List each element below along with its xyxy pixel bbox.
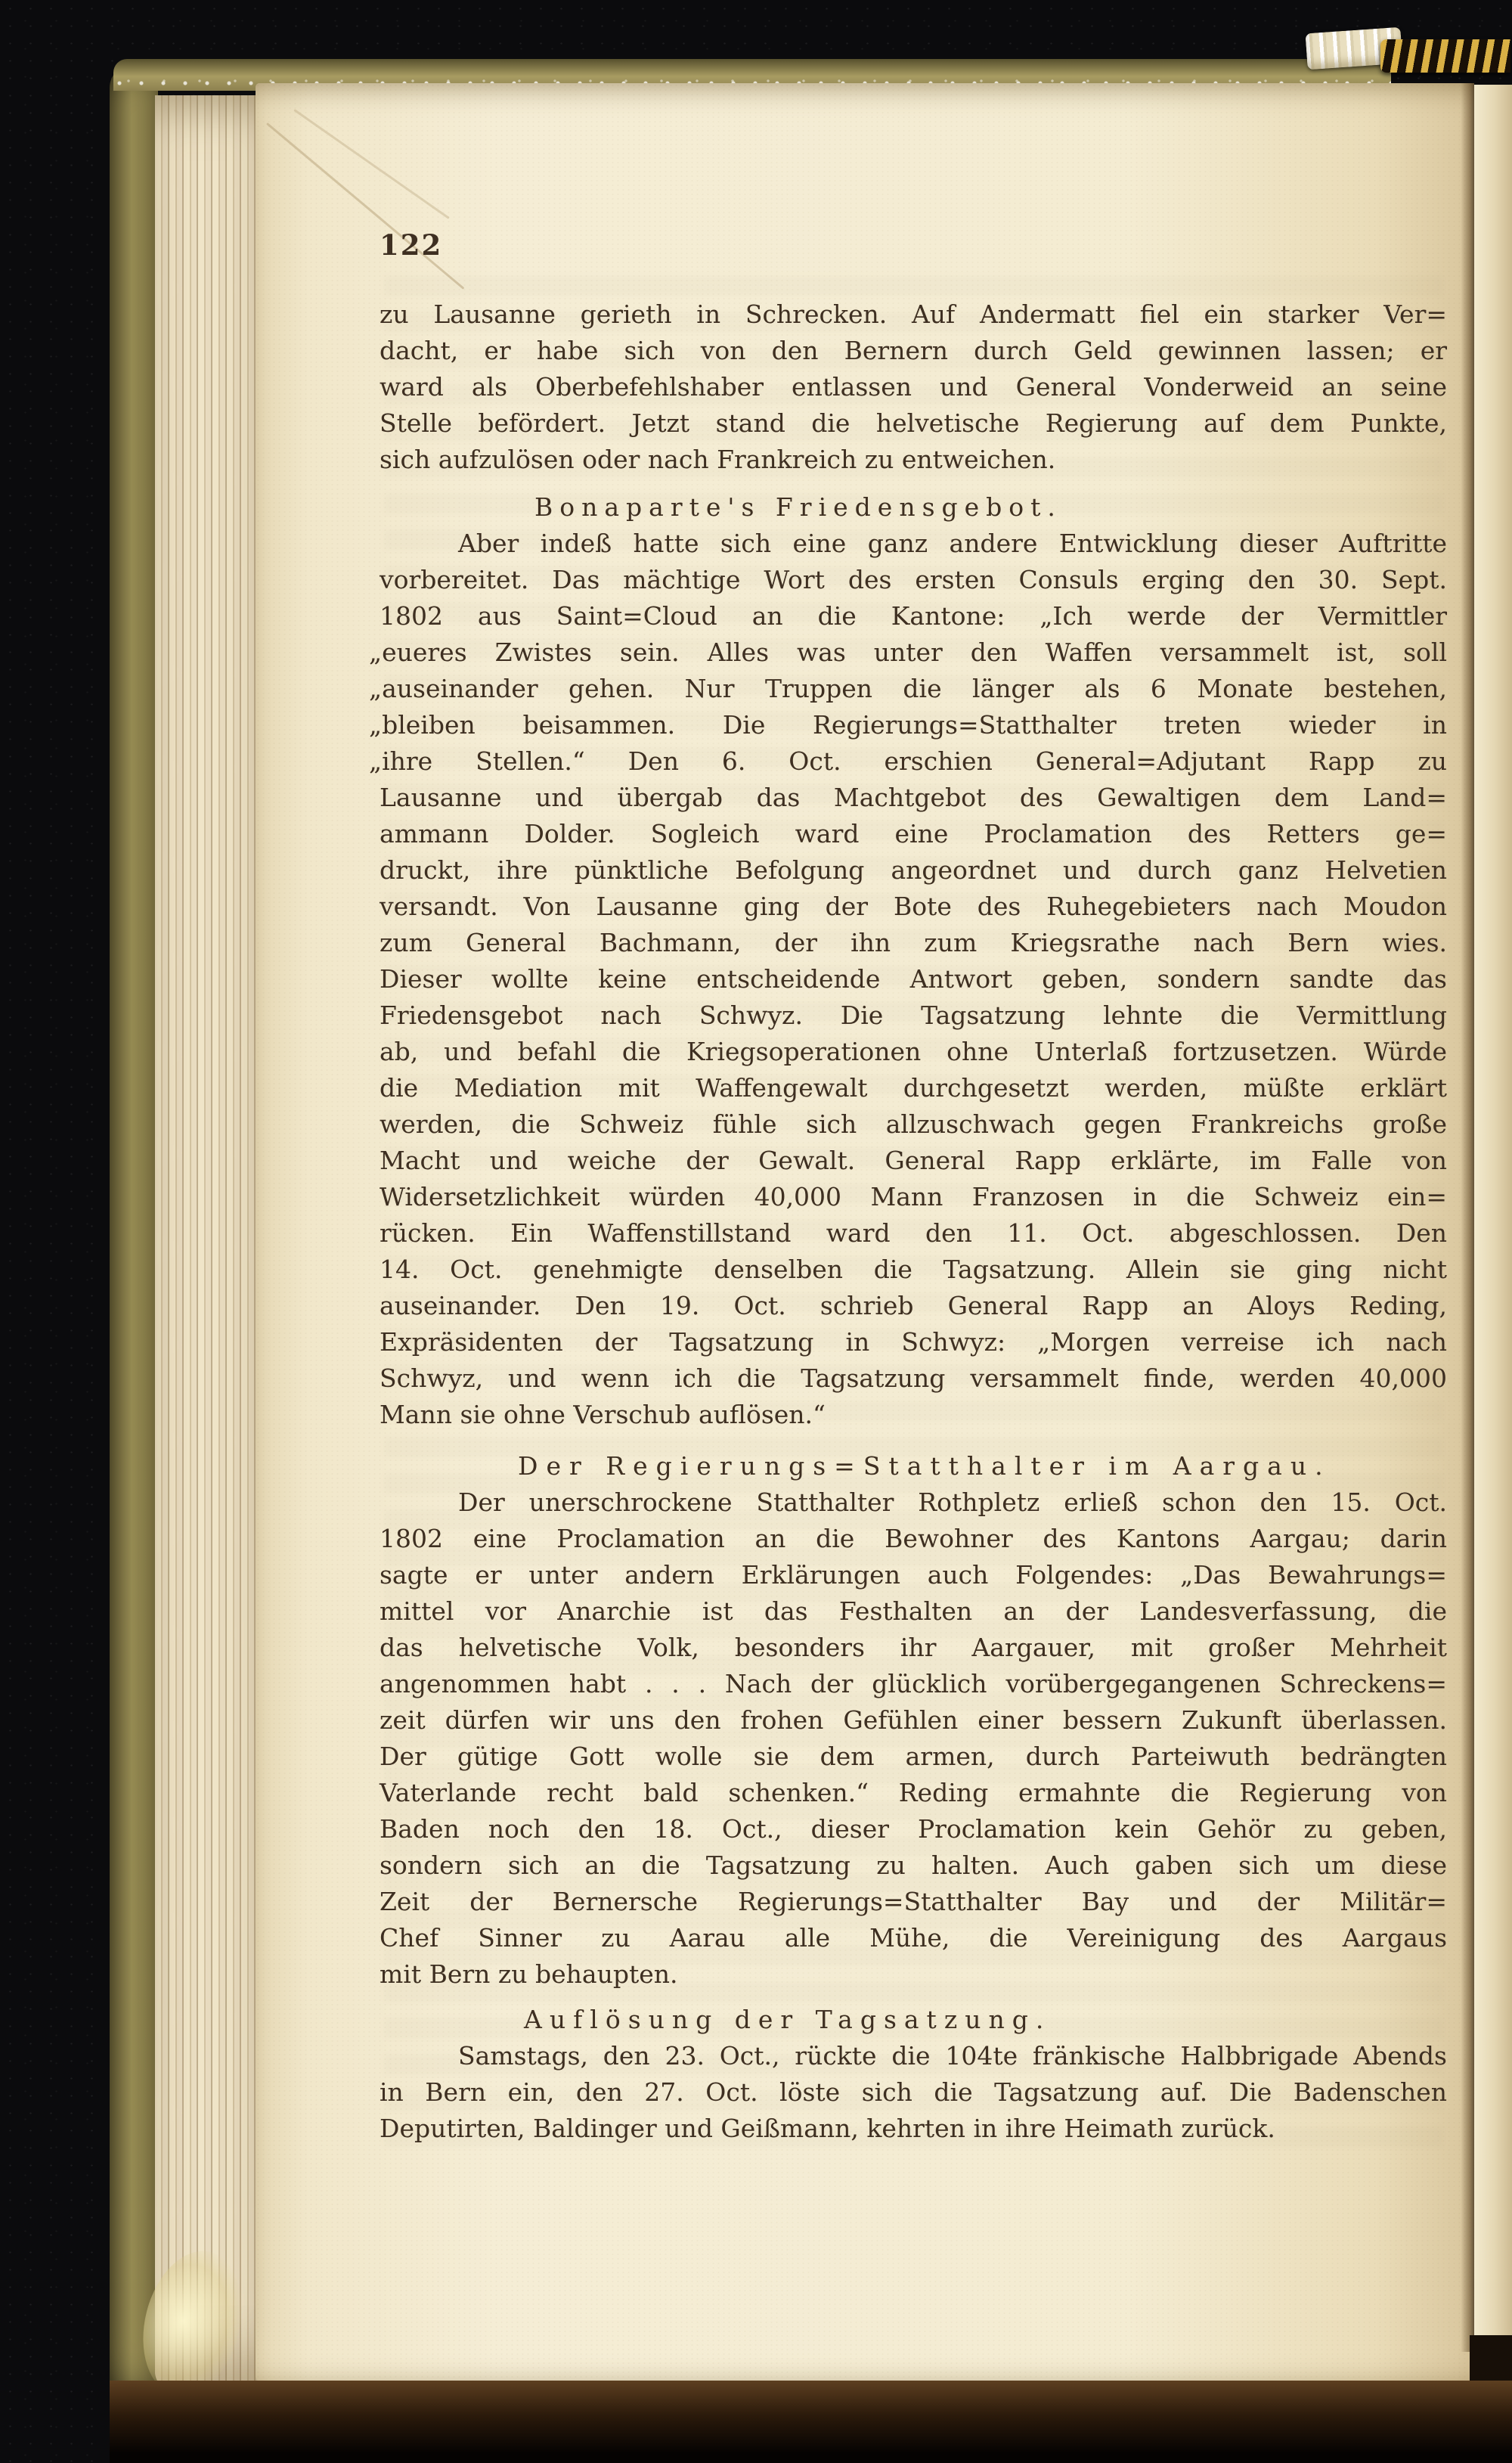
text-line: Vaterlande recht bald schenken.“ Reding … — [380, 1775, 1447, 1811]
book-cover-left-edge — [110, 65, 158, 2403]
text-line: werden, die Schweiz fühle sich allzuschw… — [380, 1106, 1447, 1143]
text-line: dacht, er habe sich von den Bernern durc… — [380, 333, 1447, 369]
text-line: Deputirten, Baldinger und Geißmann, kehr… — [380, 2111, 1447, 2147]
text-line: das helvetische Volk, besonders ihr Aarg… — [380, 1630, 1447, 1666]
text-line: Dieser wollte keine entscheidende Antwor… — [380, 961, 1447, 997]
text-line: in Bern ein, den 27. Oct. löste sich die… — [380, 2074, 1447, 2111]
text-line: Lausanne und übergab das Machtgebot des … — [380, 780, 1447, 816]
book-bottom-shadow — [110, 2381, 1512, 2463]
text-line: 1802 aus Saint=Cloud an die Kantone: „Ic… — [380, 598, 1447, 634]
text-line: zeit dürfen wir uns den frohen Gefühlen … — [380, 1702, 1447, 1739]
text-line: 14. Oct. genehmigte denselben die Tagsat… — [380, 1252, 1447, 1288]
page-edges-stack — [155, 95, 258, 2391]
paragraph: zu Lausanne gerieth in Schrecken. Auf An… — [380, 296, 1447, 478]
text-line: Friedensgebot nach Schwyz. Die Tagsatzun… — [380, 997, 1447, 1034]
text-line: Zeit der Bernersche Regierungs=Statthalt… — [380, 1884, 1447, 1920]
text-line: angenommen habt . . . Nach der glücklich… — [380, 1666, 1447, 1702]
paragraph: Samstags, den 23. Oct., rückte die 104te… — [380, 2038, 1447, 2147]
text-line: Chef Sinner zu Aarau alle Mühe, die Vere… — [380, 1920, 1447, 1956]
text-line: zu Lausanne gerieth in Schrecken. Auf An… — [380, 296, 1447, 333]
text-line: Expräsidenten der Tagsatzung in Schwyz: … — [380, 1324, 1447, 1360]
page-number: 122 — [380, 227, 1447, 263]
text-line: ab, und befahl die Kriegsoperationen ohn… — [380, 1034, 1447, 1070]
text-line: Baden noch den 18. Oct., dieser Proclama… — [380, 1811, 1447, 1847]
text-line: die Mediation mit Waffengewalt durchgese… — [380, 1070, 1447, 1106]
text-line: Macht und weiche der Gewalt. General Rap… — [380, 1143, 1447, 1179]
section-heading: Der Regierungs=Statthalter im Aargau. — [518, 1448, 1447, 1484]
text-line: 1802 eine Proclamation an die Bewohner d… — [380, 1521, 1447, 1557]
text-line: ammann Dolder. Sogleich ward eine Procla… — [380, 816, 1447, 852]
facing-page-edge — [1474, 85, 1512, 2346]
paragraph: Aber indeß hatte sich eine ganz andere E… — [380, 526, 1447, 1433]
text-line: versandt. Von Lausanne ging der Bote des… — [380, 889, 1447, 925]
text-line: Der unerschrockene Statthalter Rothpletz… — [380, 1484, 1447, 1521]
text-line: Schwyz, und wenn ich die Tagsatzung vers… — [380, 1360, 1447, 1397]
text-line: „eueres Zwistes sein. Alles was unter de… — [369, 634, 1447, 671]
text-line: mit Bern zu behaupten. — [380, 1956, 1447, 1993]
text-line: „ihre Stellen.“ Den 6. Oct. erschien Gen… — [369, 743, 1447, 780]
text-line: Mann sie ohne Verschub auflösen.“ — [380, 1397, 1447, 1433]
text-line: Der gütige Gott wolle sie dem armen, dur… — [380, 1739, 1447, 1775]
page-gutter-fold — [1461, 83, 1474, 2352]
text-line: mittel vor Anarchie ist das Festhalten a… — [380, 1593, 1447, 1630]
text-line: Stelle befördert. Jetzt stand die helvet… — [380, 405, 1447, 442]
text-line: auseinander. Den 19. Oct. schrieb Genera… — [380, 1288, 1447, 1324]
text-line: „auseinander gehen. Nur Truppen die läng… — [369, 671, 1447, 707]
text-line: Aber indeß hatte sich eine ganz andere E… — [380, 526, 1447, 562]
text-line: Samstags, den 23. Oct., rückte die 104te… — [380, 2038, 1447, 2074]
text-line: druckt, ihre pünktliche Befolgung angeor… — [380, 852, 1447, 889]
section-heading: Bonaparte's Friedensgebot. — [534, 489, 1447, 526]
page-text: 122 zu Lausanne gerieth in Schrecken. Au… — [380, 227, 1447, 2147]
text-line: ward als Oberbefehlshaber entlassen und … — [380, 369, 1447, 405]
text-line: vorbereitet. Das mächtige Wort des erste… — [380, 562, 1447, 598]
paragraph: Der unerschrockene Statthalter Rothpletz… — [380, 1484, 1447, 1993]
scanned-book-photo: 122 zu Lausanne gerieth in Schrecken. Au… — [0, 0, 1512, 2463]
text-line: rücken. Ein Waffenstillstand ward den 11… — [380, 1215, 1447, 1252]
section-heading: Auflösung der Tagsatzung. — [524, 2002, 1447, 2038]
text-line: „bleiben beisammen. Die Regierungs=Statt… — [369, 707, 1447, 743]
text-line: zum General Bachmann, der ihn zum Kriegs… — [380, 925, 1447, 961]
gold-headband — [1380, 39, 1510, 73]
text-line: Widersetzlichkeit würden 40,000 Mann Fra… — [380, 1179, 1447, 1215]
text-line: sich aufzulösen oder nach Frankreich zu … — [380, 442, 1447, 478]
text-line: sondern sich an die Tagsatzung zu halten… — [380, 1847, 1447, 1884]
text-line: sagte er unter andern Erklärungen auch F… — [380, 1557, 1447, 1593]
